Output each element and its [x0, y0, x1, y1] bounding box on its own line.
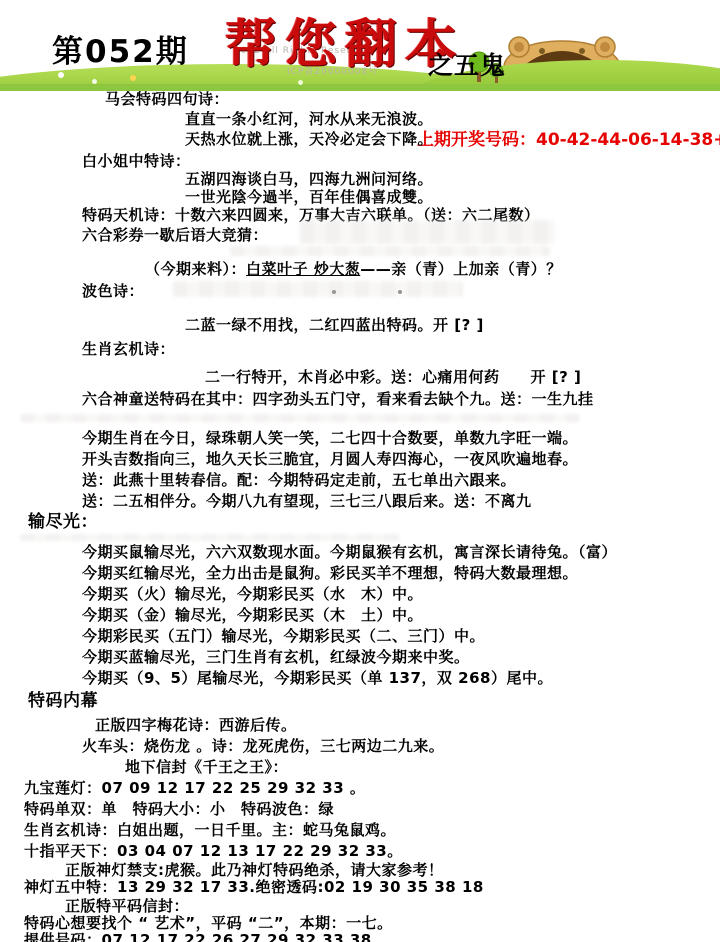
- shengxiao-xuanji-line: 生肖玄机诗：白姐出题，一日千里。主：蛇马兔鼠鸡。: [24, 821, 396, 839]
- shujinguang-heading: 输尽光：: [28, 513, 98, 531]
- redacted-area: [20, 414, 580, 422]
- tigong-numbers-line: 提供号码：07 12 17 22 26 27 29 32 33 38。: [24, 931, 387, 942]
- shengxiao-poem-line: 二一行特开，木肖必中彩。送：心痛用何药 开 [? ]: [205, 368, 581, 386]
- previous-draw-numbers: 40-42-44-06-14-38+01: [536, 130, 720, 150]
- redacted-area: [20, 534, 400, 541]
- shentong-line: 六合神童送特码在其中：四字劲头五门守，看来看去缺个九。送：一生九挂: [82, 390, 594, 408]
- shizhi-numbers-line: 十指平天下：03 04 07 12 13 17 22 29 32 33。: [24, 842, 403, 860]
- mahui-poem-line: 直直一条小红河，河水从来无浪波。: [185, 110, 433, 128]
- shujinguang-line: 今期买鼠输尽光，六六双数现水面。今期鼠猴有玄机，寓言深长请待兔。（富）: [82, 543, 617, 561]
- shujinguang-line: 今期买蓝输尽光，三门生肖有玄机，红绿波今期来中奖。: [82, 648, 470, 666]
- shengxiao-heading: 生肖玄机诗：: [82, 340, 175, 358]
- flower-dot-icon: [130, 75, 136, 81]
- redacted-area: [230, 246, 550, 256]
- wuzhongte-numbers-line: 神灯五中特：13 29 32 17 33.绝密透码:02 19 30 35 38…: [24, 878, 484, 896]
- shujinguang-line: 今期买（9、5）尾输尽光，今期彩民买（单 137，双 268）尾中。: [82, 669, 553, 687]
- smudge-dot: [398, 290, 402, 294]
- issue-number: 第052期: [52, 26, 189, 71]
- paragraph-line: 开头吉数指向三，地久天长三脆宜，月圆人寿四海心，一夜风吹遍地春。: [82, 450, 578, 468]
- paragraph-line: 送：此燕十里转春信。配：今期特码定走前，五七单出六跟来。: [82, 471, 516, 489]
- redacted-area: [300, 220, 555, 244]
- grass-hill-edge: [0, 84, 720, 91]
- baixiaojie-heading: 白小姐中特诗：: [82, 152, 191, 170]
- page-title-suffix: 之五鬼: [428, 46, 506, 82]
- header: 第052期 帮您翻本 之五鬼 2002 All Rights Reserved …: [0, 0, 720, 91]
- lailiao-prefix: （今期来料）：: [145, 260, 246, 278]
- baixiaojie-poem-line: 一世光陰今過半，百年佳偶喜成雙。: [185, 188, 433, 206]
- shujinguang-line: 今期买红输尽光，全力出击是鼠狗。彩民买羊不理想，特码大数最理想。: [82, 564, 578, 582]
- yishu-line: 特码心想要找个 “ 艺术”，平码 “二”，本期：一七。: [24, 914, 393, 932]
- neimu-heading: 特码内幕: [28, 692, 98, 710]
- shujinguang-line: 今期买（火）输尽光，今期彩民买（水 木）中。: [82, 585, 423, 603]
- lottery-tip-sheet: 第052期 帮您翻本 之五鬼 2002 All Rights Reserved …: [0, 0, 720, 942]
- meihua-line: 正版四字梅花诗：西游后传。: [95, 716, 297, 734]
- xiehouyu-heading: 六合彩券一歇后语大竞猜：: [82, 226, 268, 244]
- shujinguang-line: 今期买（金）输尽光，今期彩民买（木 土）中。: [82, 606, 423, 624]
- shendeng-jinzhi-line: 正版神灯禁支:虎猴。此乃神灯特码绝杀，请大家参考！: [65, 861, 444, 879]
- tepingma-xinfeng-line: 正版特平码信封：: [65, 897, 189, 915]
- smudge-dot: [332, 290, 336, 294]
- paragraph-line: 今期生肖在今日，绿珠朝人笑一笑，二七四十合数要，单数九字旺一端。: [82, 429, 578, 447]
- flower-dot-icon: [298, 80, 303, 85]
- mahui-poem-heading: 马会特码四句诗：: [105, 90, 229, 108]
- flower-dot-icon: [58, 72, 64, 78]
- shujinguang-line: 今期彩民买（五门）输尽光，今期彩民买（二、三门）中。: [82, 627, 485, 645]
- redacted-area: [173, 281, 463, 297]
- flower-dot-icon: [92, 79, 97, 84]
- dixia-xinfeng-line: 地下信封《千王之王》：: [125, 758, 288, 776]
- bose-poem-line: 二蓝一绿不用找，二红四蓝出特码。开 [? ]: [185, 316, 484, 334]
- previous-draw-result: 上期开奖号码：40-42-44-06-14-38+01: [417, 131, 720, 149]
- lailiao-answer: ——亲（青）上加亲（青）？: [360, 260, 562, 278]
- previous-draw-label: 上期开奖号码：: [417, 130, 536, 150]
- mahui-poem-line: 天热水位就上涨，天冷必定会下降。: [185, 130, 433, 148]
- baixiaojie-poem-line: 五湖四海谈白马，四海九洲问河络。: [185, 170, 433, 188]
- jiubao-numbers-line: 九宝莲灯：07 09 12 17 22 25 29 32 33 。: [24, 779, 365, 797]
- danshuang-line: 特码单双：单 特码大小：小 特码波色：绿: [24, 800, 334, 818]
- lailiao-riddle: 白菜叶子 炒大葱: [246, 260, 360, 278]
- lailiao-line: （今期来料）：白菜叶子 炒大葱——亲（青）上加亲（青）？: [145, 260, 562, 278]
- paragraph-line: 送：二五相伴分。今期八九有望现，三七三八跟后来。送：不离九: [82, 492, 532, 510]
- bose-label: 波色诗：: [82, 282, 144, 300]
- huochetou-line: 火车头：烧伤龙 。诗：龙死虎伤，三七两边二九来。: [82, 737, 444, 755]
